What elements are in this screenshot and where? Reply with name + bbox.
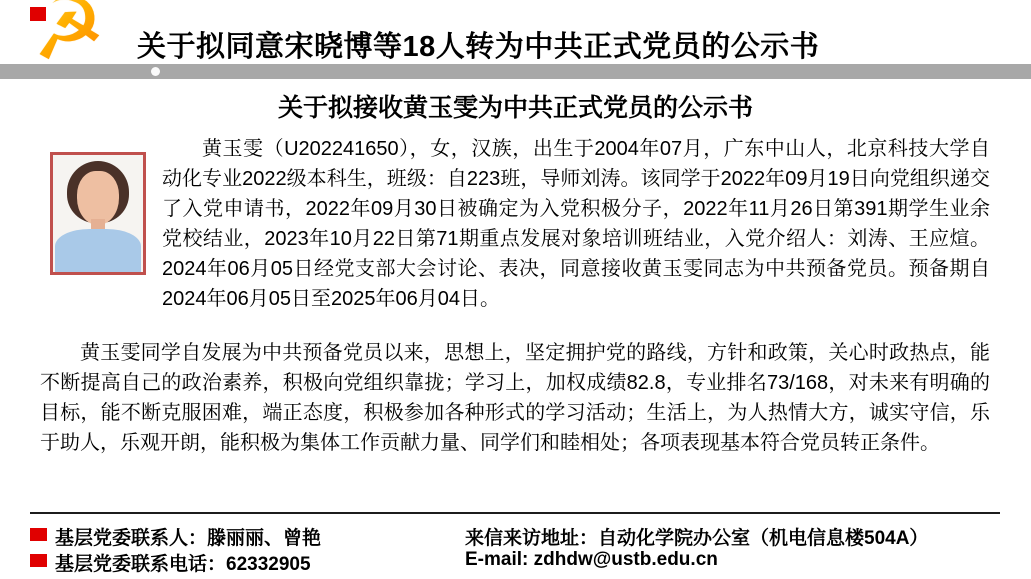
announcement-slide: ☭ 关于拟同意宋晓博等18人转为中共正式党员的公示书 关于拟接收黄玉雯为中共正式… <box>0 0 1031 579</box>
footer-bullet-contact-person <box>30 528 47 541</box>
paragraph-member-info: 黄玉雯（U202241650），女，汉族，出生于2004年07月，广东中山人，北… <box>162 134 990 314</box>
footer-divider-line <box>30 512 1000 514</box>
member-photo <box>50 152 146 275</box>
party-emblem-icon: ☭ <box>26 0 110 74</box>
divider-dot <box>151 67 160 76</box>
document-title: 关于拟接收黄玉雯为中共正式党员的公示书 <box>0 88 1031 124</box>
footer-contact-person: 基层党委联系人：滕丽丽、曾艳 <box>55 523 321 550</box>
footer-visit-address: 来信来访地址：自动化学院办公室（机电信息楼504A） <box>465 523 928 550</box>
paragraph-member-evaluation: 黄玉雯同学自发展为中共预备党员以来，思想上，坚定拥护党的路线，方针和政策，关心时… <box>40 338 990 458</box>
header-title: 关于拟同意宋晓博等18人转为中共正式党员的公示书 <box>137 24 819 65</box>
photo-shirt <box>55 229 141 272</box>
footer-email: E-mail: zdhdw@ustb.edu.cn <box>465 549 718 571</box>
footer-contact-phone: 基层党委联系电话：62332905 <box>55 549 311 576</box>
footer-bullet-contact-phone <box>30 554 47 567</box>
photo-face <box>77 171 119 225</box>
